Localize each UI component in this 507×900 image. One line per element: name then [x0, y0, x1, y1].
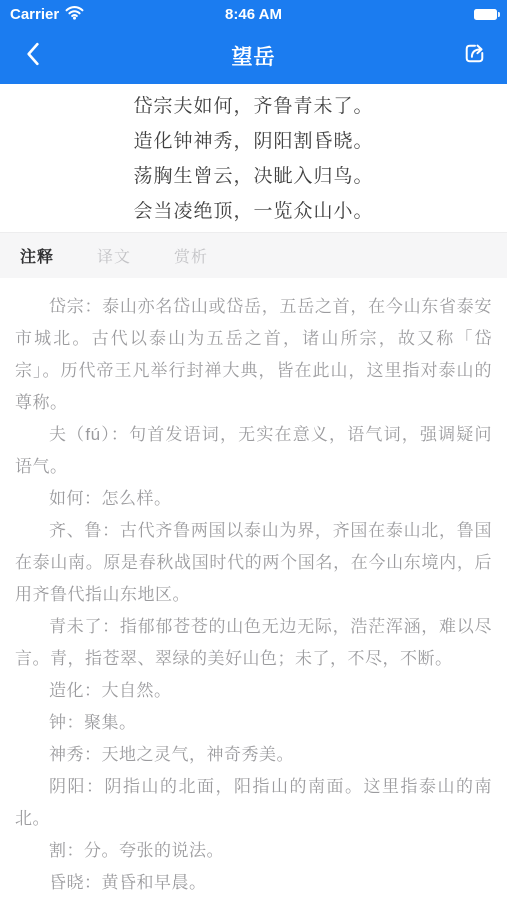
annotation-paragraph: 造化：大自然。 [15, 675, 492, 707]
poem-line: 造化钟神秀，阴阳割昏晓。 [0, 124, 507, 159]
status-right [474, 9, 497, 20]
tab[interactable]: 注释 [20, 244, 54, 267]
battery-icon [474, 9, 497, 20]
annotation-paragraph: 昏晓：黄昏和早晨。 [15, 867, 492, 899]
annotation-paragraph: 神秀：天地之灵气，神奇秀美。 [15, 739, 492, 771]
annotation-paragraph: 钟：聚集。 [15, 707, 492, 739]
page-title: 望岳 [0, 41, 507, 71]
tab-bar: 注释 译文 赏析 [0, 232, 507, 278]
back-button[interactable] [18, 41, 48, 71]
share-button[interactable] [459, 41, 489, 71]
annotation-paragraph: 岱宗：泰山亦名岱山或岱岳，五岳之首，在今山东省泰安市城北。古代以泰山为五岳之首，… [15, 291, 492, 419]
wifi-icon [65, 5, 84, 24]
status-left: Carrier [10, 5, 84, 24]
annotation-paragraph: 齐、鲁：古代齐鲁两国以泰山为界，齐国在泰山北，鲁国在泰山南。原是春秋战国时代的两… [15, 515, 492, 611]
share-icon [461, 40, 488, 72]
app-screen: Carrier 8:46 AM 望岳 [0, 0, 507, 900]
annotation-paragraph: 如何：怎么样。 [15, 483, 492, 515]
nav-bar: 望岳 [0, 28, 507, 84]
carrier-label: Carrier [10, 6, 59, 23]
status-bar: Carrier 8:46 AM [0, 0, 507, 28]
chevron-left-icon [26, 42, 40, 71]
poem-line: 会当凌绝顶，一览众山小。 [0, 194, 507, 229]
annotations-section: 岱宗：泰山亦名岱山或岱岳，五岳之首，在今山东省泰安市城北。古代以泰山为五岳之首，… [0, 278, 507, 899]
tab[interactable]: 译文 [97, 244, 131, 267]
poem-line: 荡胸生曾云，决眦入归鸟。 [0, 159, 507, 194]
annotation-paragraph: 青未了：指郁郁苍苍的山色无边无际，浩茫浑涵，难以尽言。青，指苍翠、翠绿的美好山色… [15, 611, 492, 675]
poem-line: 岱宗夫如何，齐鲁青未了。 [0, 89, 507, 124]
annotation-paragraph: 割：分。夸张的说法。 [15, 835, 492, 867]
poem-section: 岱宗夫如何，齐鲁青未了。 造化钟神秀，阴阳割昏晓。 荡胸生曾云，决眦入归鸟。 会… [0, 84, 507, 232]
annotation-paragraph: 阴阳：阴指山的北面，阳指山的南面。这里指泰山的南北。 [15, 771, 492, 835]
annotation-paragraph: 夫（fú）：句首发语词，无实在意义，语气词，强调疑问语气。 [15, 419, 492, 483]
tab[interactable]: 赏析 [174, 244, 208, 267]
